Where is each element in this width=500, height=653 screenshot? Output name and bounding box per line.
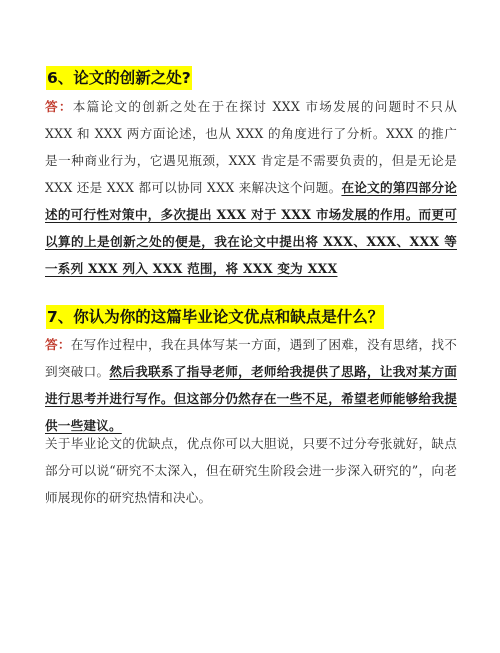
- section-7-answer: 答：在写作过程中，我在具体写某一方面，遇到了困难，没有思绪，找不到突破口。然后我…: [45, 331, 457, 439]
- section-7-heading: 7、你认为你的这篇毕业论文优点和缺点是什么？: [45, 305, 386, 329]
- section-7-heading-text: 7、你认为你的这篇毕业论文优点和缺点是什么？: [46, 305, 384, 329]
- section-6-heading: 6、论文的创新之处?: [45, 66, 194, 90]
- advice-note: 关于毕业论文的优缺点，优点你可以大胆说，只要不过分夸张就好，缺点部分可以说“研究…: [45, 430, 457, 511]
- section-6-heading-text: 6、论文的创新之处?: [46, 66, 192, 90]
- section-6-answer: 答：本篇论文的创新之处在于在探讨 XXX 市场发展的问题时不只从 XXX 和 X…: [45, 93, 457, 282]
- section-7-answer-label: 答：: [45, 337, 71, 352]
- section-6-answer-label: 答：: [45, 99, 73, 114]
